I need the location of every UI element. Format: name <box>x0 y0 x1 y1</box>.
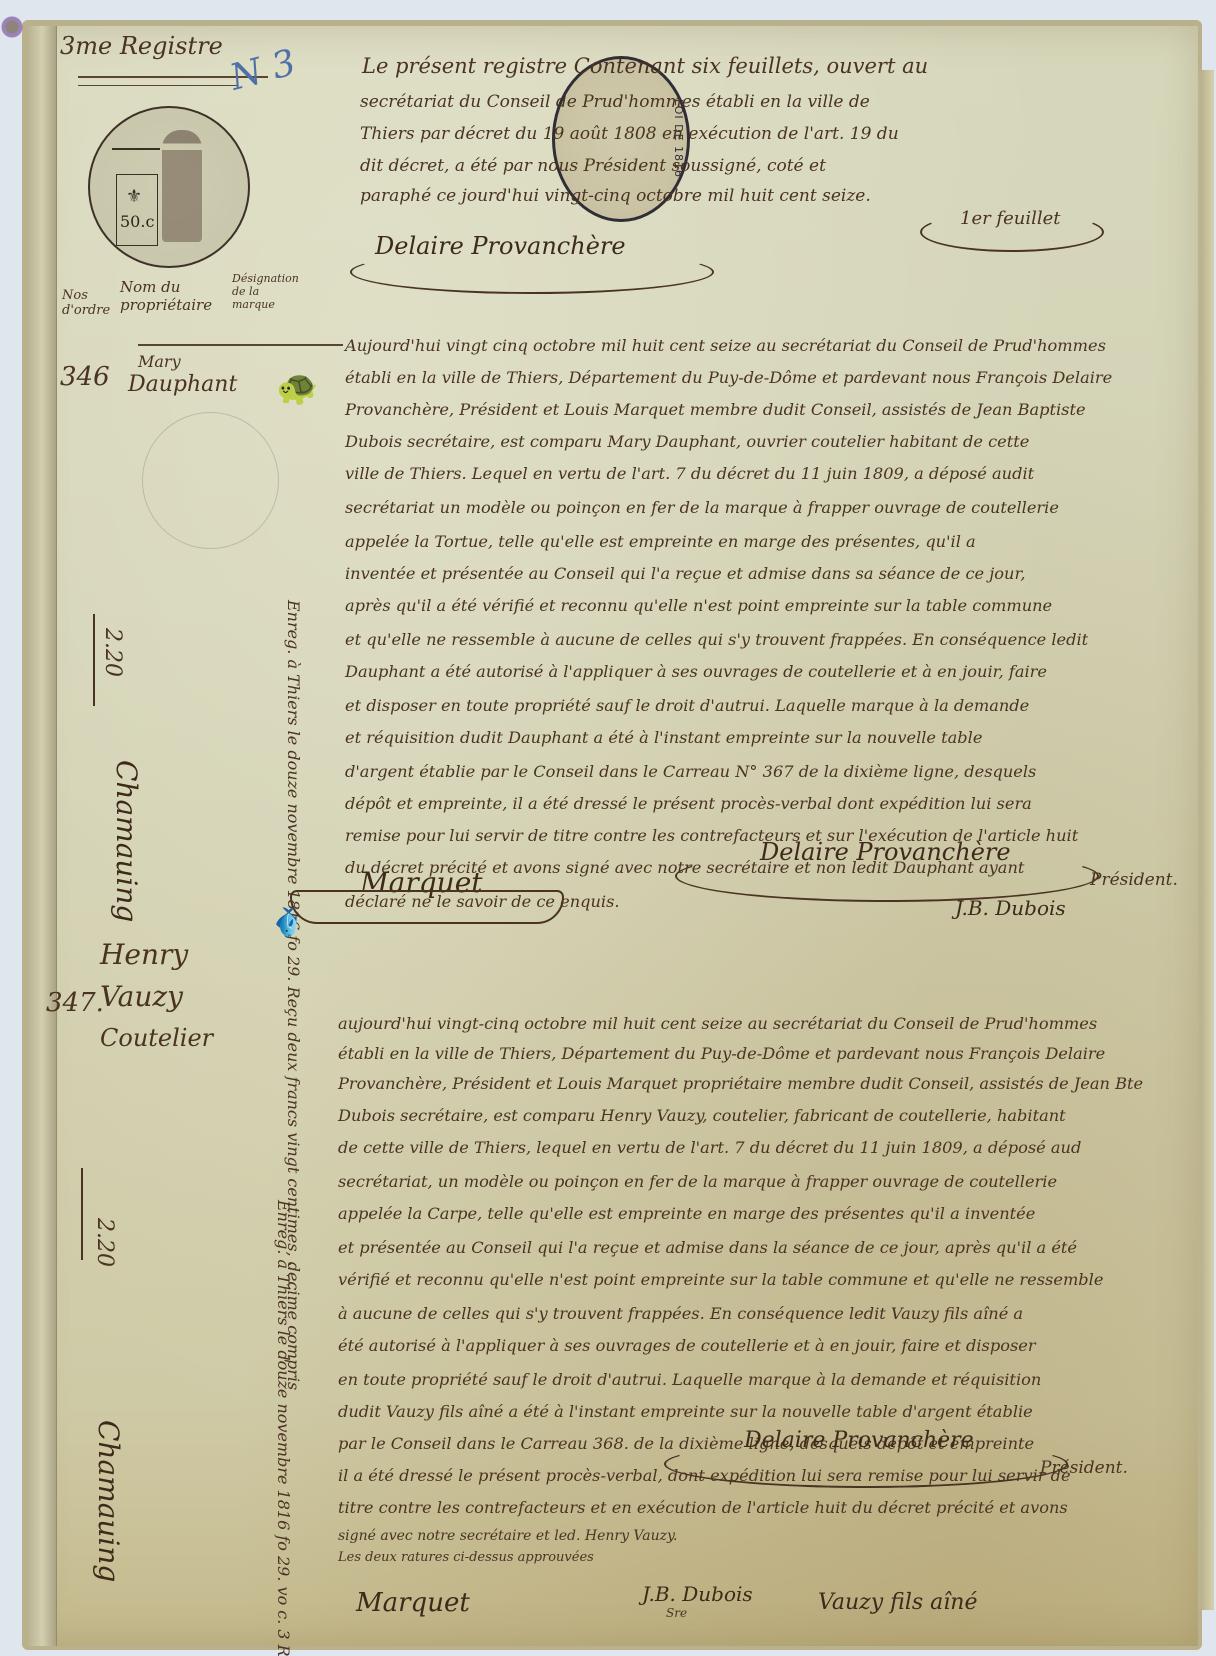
opening-line: Thiers par décret du 19 août 1808 en exé… <box>360 124 899 144</box>
registrar-signature: Chamauing <box>92 1420 125 1582</box>
owner-last-name: Vauzy <box>100 980 183 1013</box>
body-line: et qu'elle ne ressemble à aucune de cell… <box>345 630 1088 649</box>
body-line: à aucune de celles qui s'y trouvent frap… <box>338 1304 1023 1323</box>
body-line: établi en la ville de Thiers, Départemen… <box>345 368 1112 387</box>
body-line: Aujourd'hui vingt cinq octobre mil huit … <box>345 336 1106 355</box>
owner-last-name: Dauphant <box>128 372 237 397</box>
fee-amount: 2.20 <box>92 1218 117 1267</box>
body-line: appelée la Carpe, telle qu'elle est empr… <box>338 1204 1035 1223</box>
opening-line: dit décret, a été par nous Président sou… <box>360 156 826 176</box>
body-line: inventée et présentée au Conseil qui l'a… <box>345 564 1026 583</box>
body-line: et réquisition dudit Dauphant a été à l'… <box>345 728 982 747</box>
body-line: en toute propriété sauf le droit d'autru… <box>338 1370 1041 1389</box>
body-line: et présentée au Conseil qui l'a reçue et… <box>338 1238 1077 1257</box>
president-title: Président. <box>1090 870 1178 890</box>
header-rule <box>138 344 343 346</box>
registration-note: Enreg. à Thiers le douze novembre 1816 f… <box>160 600 310 890</box>
body-line: signé avec notre secrétaire et led. Henr… <box>338 1528 678 1544</box>
body-line: dépôt et empreinte, il a été dressé le p… <box>345 794 1032 813</box>
turtle-icon: 🐢 <box>276 368 318 408</box>
column-header-number: Nos d'ordre <box>62 288 102 318</box>
body-line: d'argent établie par le Conseil dans le … <box>345 762 1036 781</box>
body-line: Dubois secrétaire, est comparu Mary Daup… <box>345 432 1029 451</box>
owner-role: Coutelier <box>100 1024 213 1052</box>
member-signature: Marquet <box>356 1588 470 1618</box>
body-line: Dubois secrétaire, est comparu Henry Vau… <box>338 1106 1066 1125</box>
body-line: de cette ville de Thiers, lequel en vert… <box>338 1138 1081 1157</box>
opening-line: paraphé ce jourd'hui vingt-cinq octobre … <box>360 186 871 206</box>
flourish <box>675 850 1099 902</box>
president-title: Président. <box>1040 1458 1128 1478</box>
declarant-signature: Vauzy fils aîné <box>818 1590 978 1615</box>
divider <box>78 85 238 86</box>
approval-note: Les deux ratures ci-dessus approuvées <box>338 1550 594 1565</box>
fleur-de-lis-icon: ⚜ <box>126 186 142 207</box>
body-line: vérifié et reconnu qu'elle n'est point e… <box>338 1270 1103 1289</box>
secretary-title: Sre <box>666 1606 687 1620</box>
body-line: établi en la ville de Thiers, Départemen… <box>338 1044 1105 1063</box>
flourish <box>290 890 564 924</box>
body-line: secrétariat un modèle ou poinçon en fer … <box>345 498 1059 517</box>
stamp-price: 50.c <box>120 212 154 231</box>
tax-stamp: ⚜ 50.c <box>88 106 250 268</box>
body-line: appelée la Tortue, telle qu'elle est emp… <box>345 532 976 551</box>
carp-fish-icon: 🐟 <box>269 905 302 940</box>
binding-thread <box>0 0 40 90</box>
column-header-owner: Nom du propriétaire <box>120 278 230 314</box>
margin-rule <box>93 614 95 706</box>
opening-line: Le présent registre Contenant six feuill… <box>362 54 928 78</box>
registrar-signature: Chamauing <box>110 760 143 922</box>
opening-line: secrétariat du Conseil de Prud'hommes ét… <box>360 92 870 112</box>
pedestal <box>116 174 158 246</box>
secretary-signature: J.B. Dubois <box>955 896 1066 920</box>
body-line: Provanchère, Président et Louis Marquet … <box>345 400 1086 419</box>
faded-seal <box>142 412 279 549</box>
body-line: été autorisé à l'appliquer à ses ouvrage… <box>338 1336 1036 1355</box>
justice-figure-icon <box>162 130 202 242</box>
body-line: ville de Thiers. Lequel en vertu de l'ar… <box>345 464 1034 483</box>
flourish <box>350 250 714 294</box>
secretary-signature: J.B. Dubois <box>642 1582 753 1606</box>
entry-number: 346 <box>60 362 110 392</box>
body-line: secrétariat, un modèle ou poinçon en fer… <box>338 1172 1057 1191</box>
scales-icon <box>112 148 160 150</box>
body-line: titre contre les contrefacteurs et en ex… <box>338 1498 1068 1517</box>
binding-spine <box>28 26 57 1646</box>
flourish <box>920 212 1104 252</box>
body-line: dudit Vauzy fils aîné a été à l'instant … <box>338 1402 1033 1421</box>
registration-note: Enreg. à Thiers le douze novembre 1816 f… <box>150 1200 300 1500</box>
register-label: 3me Registre <box>60 32 223 60</box>
column-header-mark: Désignation de la marque <box>232 272 292 311</box>
body-line: et disposer en toute propriété sauf le d… <box>345 696 1029 715</box>
fee-amount: 2.20 <box>100 628 125 677</box>
body-line: après qu'il a été vérifié et reconnu qu'… <box>345 596 1052 615</box>
flourish <box>664 1440 1068 1488</box>
margin-rule <box>81 1168 83 1260</box>
body-line: Dauphant a été autorisé à l'appliquer à … <box>345 662 1047 681</box>
body-line: Provanchère, Président et Louis Marquet … <box>338 1074 1143 1093</box>
entry-number: 347. <box>46 988 104 1018</box>
owner-first-name: Mary <box>138 352 181 371</box>
body-line: aujourd'hui vingt-cinq octobre mil huit … <box>338 1014 1097 1033</box>
owner-first-name: Henry <box>100 938 188 971</box>
